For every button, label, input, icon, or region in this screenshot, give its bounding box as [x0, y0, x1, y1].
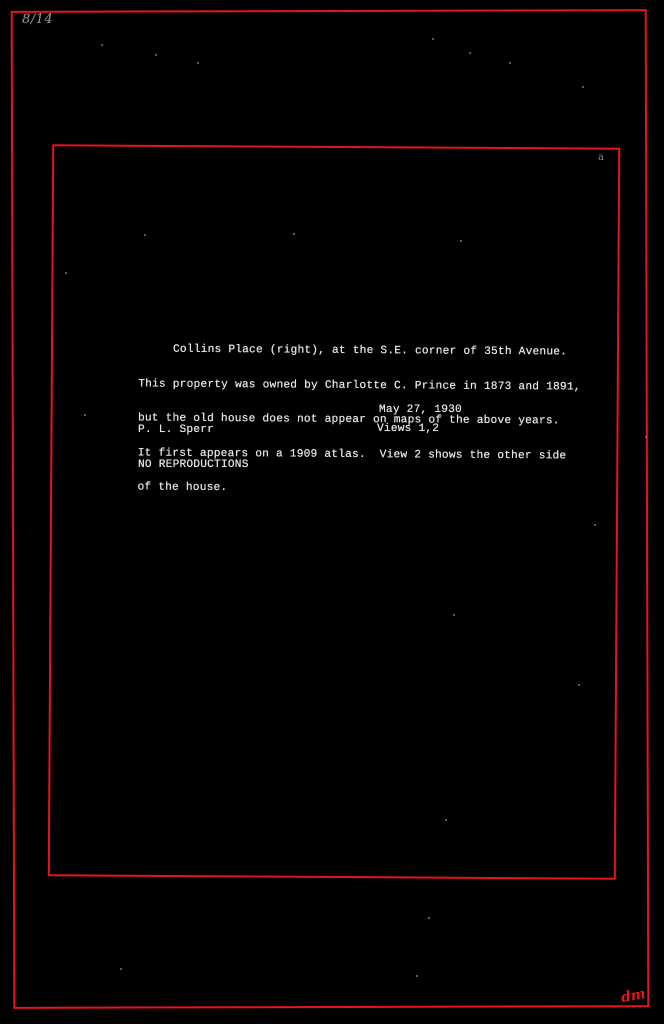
- speck: [84, 414, 86, 416]
- speck: [509, 62, 511, 64]
- speck: [645, 436, 647, 438]
- speck: [582, 86, 584, 88]
- speck: [469, 52, 471, 54]
- speck: [578, 684, 580, 686]
- inner-mark: a: [598, 152, 604, 163]
- speck: [428, 917, 430, 919]
- description-line: Collins Place (right), at the S.E. corne…: [138, 344, 581, 359]
- speck: [101, 44, 103, 46]
- speck: [144, 234, 146, 236]
- views-note: Views 1,2: [377, 424, 439, 436]
- corner-annotation: 8/14: [22, 12, 53, 27]
- speck: [120, 968, 122, 970]
- speck: [432, 38, 434, 40]
- speck: [197, 62, 199, 64]
- photo-date: May 27, 1930: [379, 405, 462, 417]
- inner-frame-border: [48, 144, 620, 879]
- credit-block: P. L. Sperr NO REPRODUCTIONS: [138, 402, 249, 483]
- speck: [416, 975, 418, 977]
- speck: [445, 819, 447, 821]
- restriction-note: NO REPRODUCTIONS: [138, 460, 249, 472]
- speck: [594, 524, 596, 526]
- speck: [293, 233, 295, 235]
- description-line: of the house.: [137, 482, 580, 497]
- speck: [155, 54, 157, 56]
- description-line: This property was owned by Charlotte C. …: [138, 379, 581, 394]
- speck: [65, 272, 67, 274]
- photographer-name: P. L. Sperr: [138, 425, 249, 437]
- speck: [453, 614, 455, 616]
- speck: [460, 240, 462, 242]
